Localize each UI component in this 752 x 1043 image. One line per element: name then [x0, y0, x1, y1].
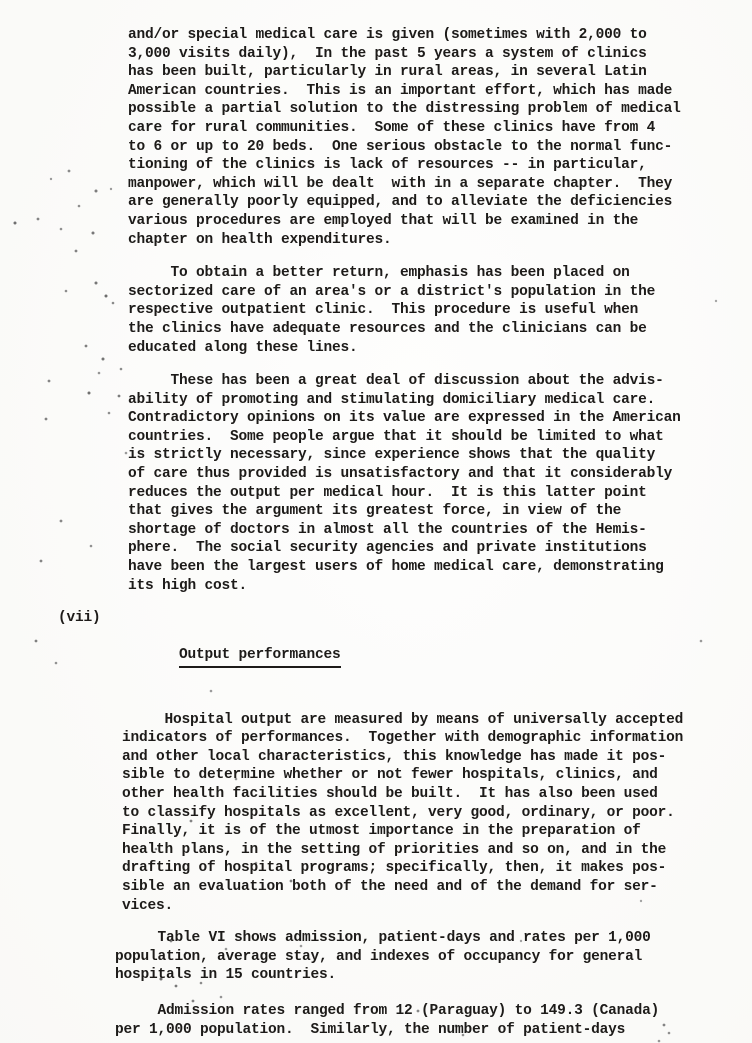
paragraph-hospital-output: Hospital output are measured by means of… [122, 711, 730, 916]
scan-speckles [0, 0, 2, 2]
section-marker: (vii) [58, 609, 101, 628]
document-page: and/or special medical care is given (so… [0, 0, 752, 1043]
section-heading: Output performances [179, 646, 341, 668]
paragraph-continuation: and/or special medical care is given (so… [128, 26, 730, 249]
paragraph-table-vi: Table VI shows admission, patient-days a… [115, 929, 730, 985]
section-heading-row: (vii) Output performances [128, 609, 730, 686]
paragraph-sectorized-care: To obtain a better return, emphasis has … [128, 264, 730, 357]
paragraph-domiciliary-care: These has been a great deal of discussio… [128, 372, 730, 595]
paragraph-admission-rates: Admission rates ranged from 12 (Paraguay… [115, 1002, 730, 1039]
text-column: and/or special medical care is given (so… [128, 26, 730, 1039]
